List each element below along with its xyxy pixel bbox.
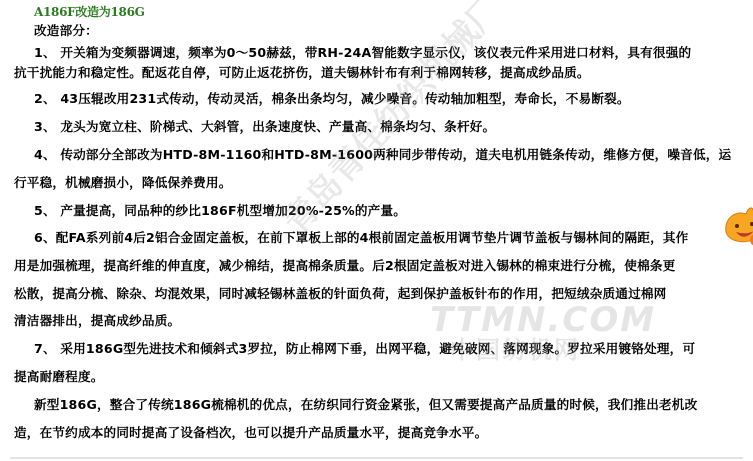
site-url-watermark: TTMN.COM: [430, 300, 656, 340]
paragraph-line: 抗干扰能力和稳定性。配返花自停，可防止返花挤伤，道夫锡林针布有利于棉网转移，提高…: [14, 66, 590, 80]
document-page: A186F改造为186G 改造部分： 1、 开关箱为变频器调速，频率为0～50赫…: [0, 0, 753, 461]
paragraph-line: 新型186G，整合了传统186G梳棉机的优点，在纺织同行资金紧张，但又需要提高产…: [34, 398, 697, 412]
paragraph-line: 用是加强梳理，提高纤维的伸直度，减少棉结，提高棉条质量。后2根固定盖板对进入锡林…: [14, 259, 675, 273]
document-title: A186F改造为186G: [34, 3, 145, 20]
paragraph-line: 6、配FA系列前4后2铝合金固定盖板，在前下罩板上部的4根前固定盖板用调节垫片调…: [34, 231, 688, 245]
paragraph-line: 提高耐磨程度。: [14, 370, 104, 384]
paragraph-line: 3、 龙头为宽立柱、阶梯式、大斜管，出条速度快、产量高、棉条均匀、条杆好。: [34, 120, 495, 134]
mascot-icon: [722, 204, 753, 248]
paragraph-line: 5、 产量提高，同品种的纱比186F机型增加20%-25%的产量。: [34, 204, 406, 218]
paragraph-line: 2、 43压辊改用231式传动，传动灵活，棉条出条均匀，减少噪音。传动轴加粗型，…: [34, 92, 630, 106]
paragraph-line: 1、 开关箱为变频器调速，频率为0～50赫兹，带RH-24A智能数字显示仪，该仪…: [34, 46, 691, 60]
section-heading: 改造部分：: [34, 24, 98, 38]
paragraph-line: 行平稳，机械磨损小，降低保养费用。: [14, 176, 232, 190]
bottom-divider: [10, 457, 743, 459]
paragraph-line: 4、 传动部分全部改为HTD-8M-1160和HTD-8M-1600两种同步带传…: [34, 148, 731, 162]
paragraph-line: 7、 采用186G型先进技术和倾斜式3罗拉，防止棉网下垂，出网平稳，避免破网、落…: [34, 342, 695, 356]
paragraph-line: 造，在节约成本的同时提高了设备档次，也可以提升产品质量水平，提高竞争水平。: [14, 426, 487, 440]
paragraph-line: 松散，提高分梳、除杂、均混效果，同时减轻锡林盖板的针面负荷，起到保护盖板针布的作…: [14, 287, 666, 301]
paragraph-line: 清洁器排出，提高成纱品质。: [14, 314, 180, 328]
